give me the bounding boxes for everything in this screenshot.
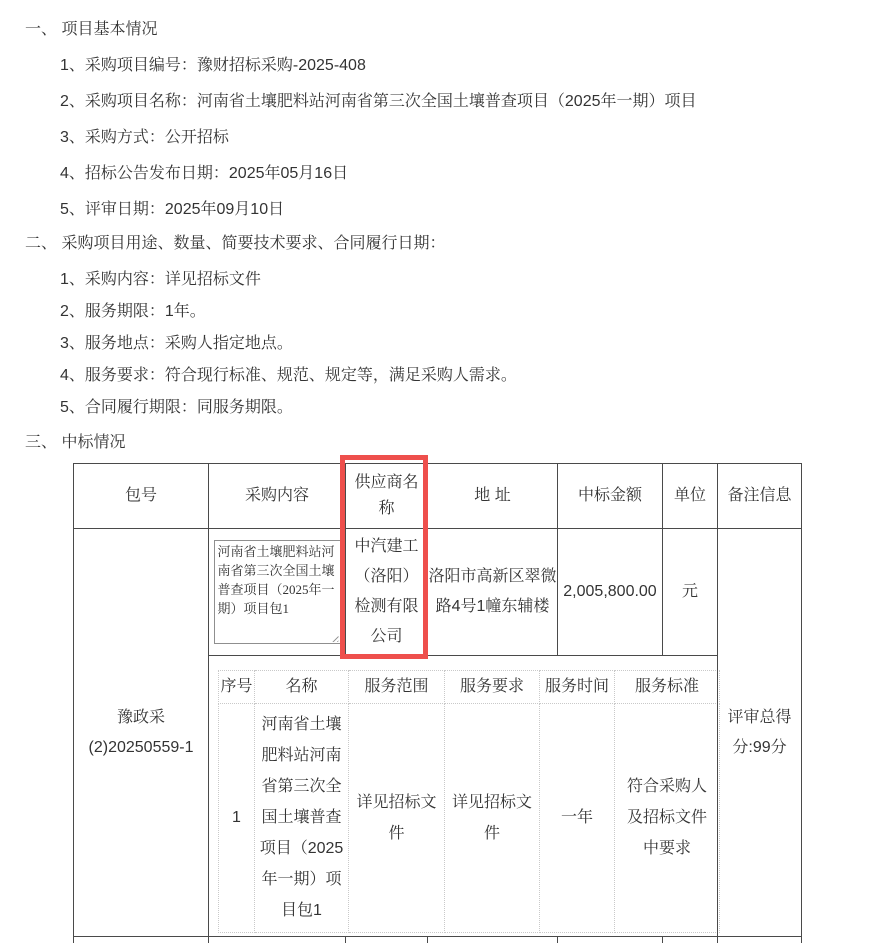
cell-unit: 元	[663, 529, 718, 656]
award-table: 包号 采购内容 供应商名 称 地 址 中标金额 单位 备注信息 豫政采 (2)2…	[73, 463, 802, 943]
cell-amount: 2,005,800.00	[558, 529, 663, 656]
award-table-next-row-clipped	[74, 937, 802, 944]
col-header-package: 包号	[74, 464, 209, 529]
list-item-project-name: 2、采购项目名称：河南省土壤肥料站河南省第三次全国土壤普查项目（2025年一期）…	[25, 94, 895, 110]
col-header-time: 服务时间	[540, 670, 615, 703]
detail-table-row: 1 河南省土壤 肥料站河南 省第三次全 国土壤普查 项目（2025 年一期）项 …	[219, 703, 720, 932]
announcement-body: 一、 项目基本情况 1、采购项目编号：豫财招标采购-2025-408 2、采购项…	[0, 0, 895, 943]
col-header-name: 名称	[255, 670, 349, 703]
procurement-content-input[interactable]: 河南省土壤肥料站河南省第三次全国土壤普查项目（2025年一期）项目包1	[214, 540, 341, 644]
col-header-remark: 备注信息	[718, 464, 802, 529]
col-header-supplier: 供应商名 称	[346, 464, 428, 529]
cell-time: 一年	[540, 703, 615, 932]
award-table-row: 豫政采 (2)20250559-1 河南省土壤肥料站河南省第三次全国土壤普查项目…	[74, 529, 802, 656]
col-header-index: 序号	[219, 670, 255, 703]
list-item-announce-date: 4、招标公告发布日期：2025年05月16日	[25, 166, 895, 182]
col-header-scope: 服务范围	[349, 670, 445, 703]
list-item-procurement-method: 3、采购方式：公开招标	[25, 130, 895, 146]
list-item-service-period: 2、服务期限：1年。	[25, 304, 895, 320]
detail-table-header-row: 序号 名称 服务范围 服务要求 服务时间 服务标准	[219, 670, 720, 703]
col-header-address: 地 址	[428, 464, 558, 529]
cell-supplier: 中汽建工 （洛阳） 检测有限 公司	[346, 529, 428, 656]
content-textarea-wrap: 河南省土壤肥料站河南省第三次全国土壤普查项目（2025年一期）项目包1	[214, 540, 341, 644]
section-heading-award: 三、 中标情况	[25, 435, 895, 451]
list-item-procurement-content: 1、采购内容：详见招标文件	[25, 272, 895, 288]
list-item-service-location: 3、服务地点：采购人指定地点。	[25, 336, 895, 352]
list-item-review-date: 5、评审日期：2025年09月10日	[25, 202, 895, 218]
cell-package-no: 豫政采 (2)20250559-1	[74, 529, 209, 937]
cell-standard: 符合采购人 及招标文件 中要求	[615, 703, 720, 932]
cell-requirement: 详见招标文 件	[445, 703, 540, 932]
col-header-content: 采购内容	[209, 464, 346, 529]
col-header-unit: 单位	[663, 464, 718, 529]
col-header-requirement: 服务要求	[445, 670, 540, 703]
cell-content: 河南省土壤肥料站河南省第三次全国土壤普查项目（2025年一期）项目包1	[209, 529, 346, 656]
cell-name: 河南省土壤 肥料站河南 省第三次全 国土壤普查 项目（2025 年一期）项 目包…	[255, 703, 349, 932]
detail-table: 序号 名称 服务范围 服务要求 服务时间 服务标准 1 河南省土壤 肥料站河南 …	[218, 670, 720, 933]
announcement-page: 一、 项目基本情况 1、采购项目编号：豫财招标采购-2025-408 2、采购项…	[0, 0, 895, 948]
cell-address: 洛阳市高新区翠微 路4号1幢东辅楼	[428, 529, 558, 656]
cell-remark-score: 评审总得 分:99分	[718, 529, 802, 937]
list-item-service-requirement: 4、服务要求：符合现行标准、规范、规定等，满足采购人需求。	[25, 368, 895, 384]
detail-table-cell: 序号 名称 服务范围 服务要求 服务时间 服务标准 1 河南省土壤 肥料站河南 …	[209, 656, 718, 937]
col-header-standard: 服务标准	[615, 670, 720, 703]
cell-index: 1	[219, 703, 255, 932]
section-heading-usage: 二、 采购项目用途、数量、简要技术要求、合同履行日期：	[25, 236, 895, 252]
award-table-header-row: 包号 采购内容 供应商名 称 地 址 中标金额 单位 备注信息	[74, 464, 802, 529]
col-header-amount: 中标金额	[558, 464, 663, 529]
list-item-project-number: 1、采购项目编号：豫财招标采购-2025-408	[25, 58, 895, 74]
section-heading-basic-info: 一、 项目基本情况	[25, 22, 895, 38]
cell-scope: 详见招标文 件	[349, 703, 445, 932]
award-table-wrap: 包号 采购内容 供应商名 称 地 址 中标金额 单位 备注信息 豫政采 (2)2…	[73, 463, 802, 943]
list-item-contract-period: 5、合同履行期限：同服务期限。	[25, 400, 895, 416]
